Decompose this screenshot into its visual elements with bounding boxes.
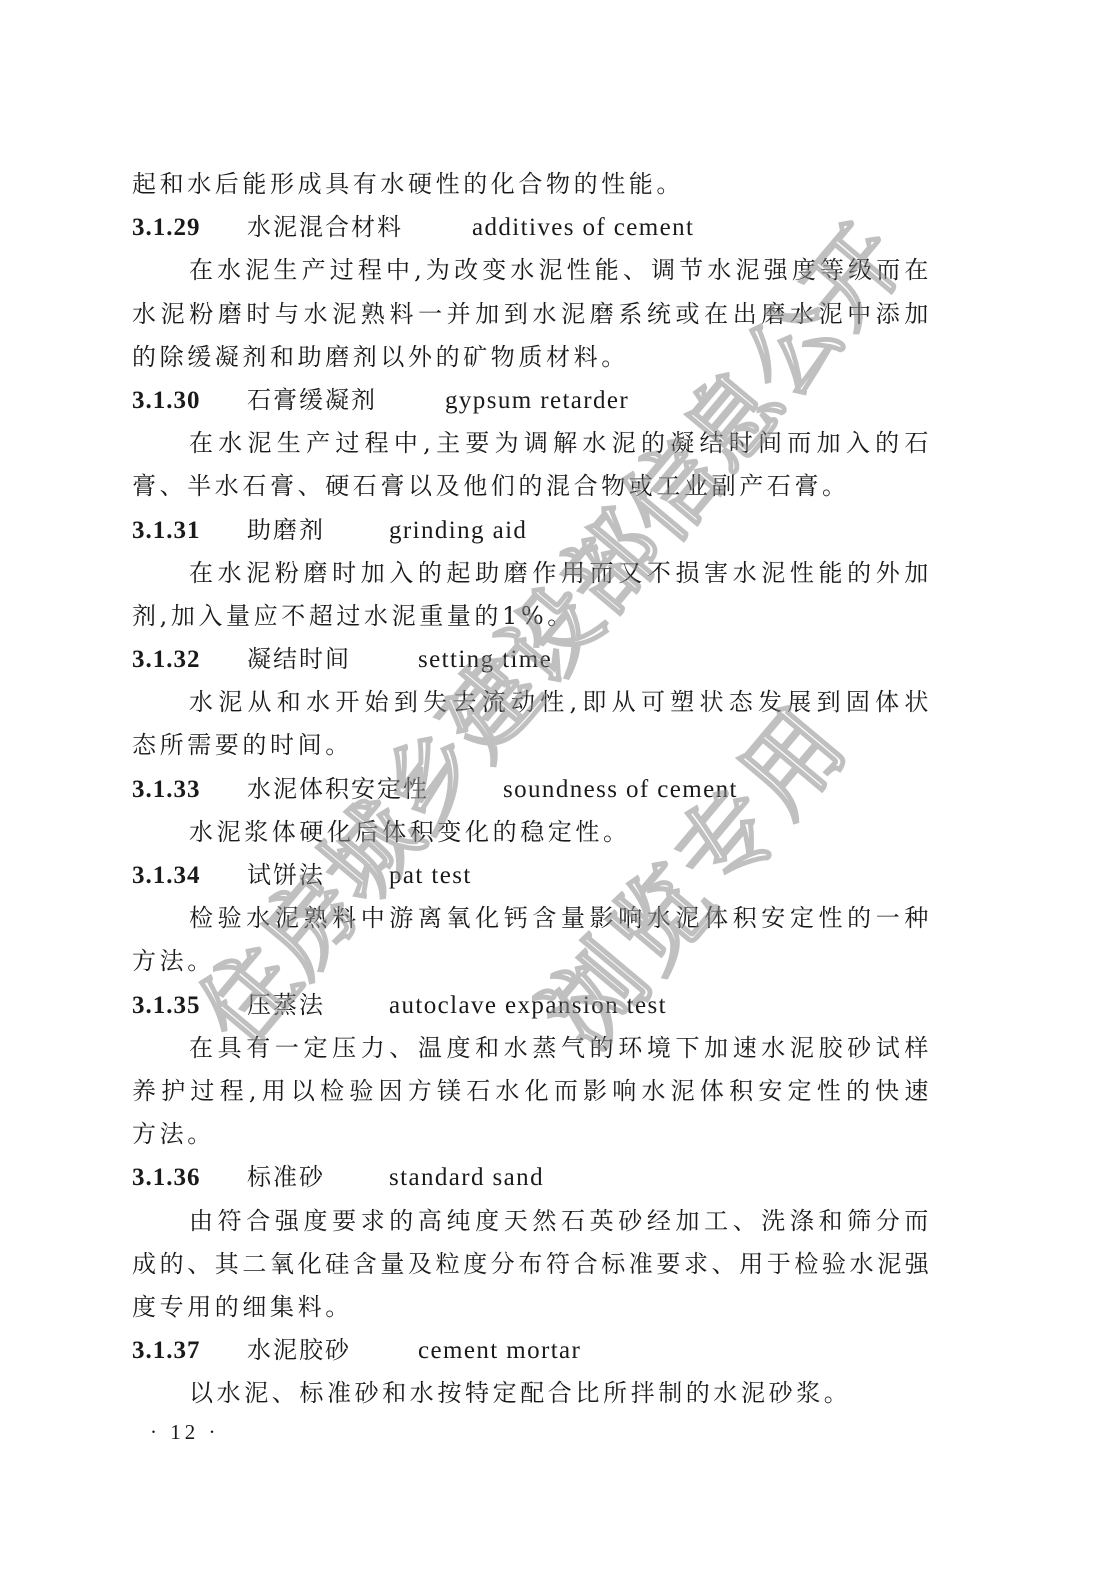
definition-line: 水泥从和水开始到失去流动性,即从可塑状态发展到固体状 [132, 681, 932, 724]
definition-line: 水泥粉磨时与水泥熟料一并加到水泥磨系统或在出磨水泥中添加 [132, 293, 932, 336]
term-chinese: 助磨剂 [247, 509, 389, 552]
definition-line: 膏、半水石膏、硬石膏以及他们的混合物或工业副产石膏。 [132, 465, 932, 508]
term-heading: 3.1.31助磨剂grinding aid [132, 509, 932, 552]
term-english: cement mortar [418, 1337, 581, 1364]
definition-line: 由符合强度要求的高纯度天然石英砂经加工、洗涤和筛分而 [132, 1200, 932, 1243]
term-heading: 3.1.33水泥体积安定性soundness of cement [132, 768, 932, 811]
term-chinese: 压蒸法 [247, 984, 389, 1027]
term-number: 3.1.32 [132, 638, 247, 681]
term-heading: 3.1.32凝结时间setting time [132, 638, 932, 681]
term-heading: 3.1.37水泥胶砂cement mortar [132, 1329, 932, 1372]
term-number: 3.1.35 [132, 984, 247, 1027]
definition-line: 成的、其二氧化硅含量及粒度分布符合标准要求、用于检验水泥强 [132, 1243, 932, 1286]
definition-line: 以水泥、标准砂和水按特定配合比所拌制的水泥砂浆。 [132, 1372, 932, 1415]
term-number: 3.1.31 [132, 509, 247, 552]
term-chinese: 水泥体积安定性 [247, 768, 503, 811]
definition-line: 在具有一定压力、温度和水蒸气的环境下加速水泥胶砂试样 [132, 1027, 932, 1070]
term-chinese: 标准砂 [247, 1156, 389, 1199]
term-english: grinding aid [389, 517, 527, 544]
term-number: 3.1.29 [132, 206, 247, 249]
definition-line: 的除缓凝剂和助磨剂以外的矿物质材料。 [132, 336, 932, 379]
term-chinese: 水泥混合材料 [247, 206, 472, 249]
document-page: 起和水后能形成具有水硬性的化合物的性能。 3.1.29水泥混合材料additiv… [132, 163, 932, 1415]
definition-line: 养护过程,用以检验因方镁石水化而影响水泥体积安定性的快速 [132, 1070, 932, 1113]
definition-line: 在水泥生产过程中,为改变水泥性能、调节水泥强度等级而在 [132, 249, 932, 292]
term-chinese: 试饼法 [247, 854, 389, 897]
definition-line: 在水泥粉磨时加入的起助磨作用而又不损害水泥性能的外加 [132, 552, 932, 595]
term-english: gypsum retarder [445, 387, 629, 414]
term-heading: 3.1.29水泥混合材料additives of cement [132, 206, 932, 249]
term-heading: 3.1.35压蒸法autoclave expansion test [132, 984, 932, 1027]
definition-line: 在水泥生产过程中,主要为调解水泥的凝结时间而加入的石 [132, 422, 932, 465]
term-english: standard sand [389, 1164, 544, 1191]
definition-line: 剂,加入量应不超过水泥重量的1%。 [132, 595, 932, 638]
definition-line: 水泥浆体硬化后体积变化的稳定性。 [132, 811, 932, 854]
page-number: · 12 · [150, 1420, 220, 1445]
definition-line: 检验水泥熟料中游离氧化钙含量影响水泥体积安定性的一种 [132, 897, 932, 940]
term-number: 3.1.36 [132, 1156, 247, 1199]
term-english: setting time [418, 646, 552, 673]
continuation-line: 起和水后能形成具有水硬性的化合物的性能。 [132, 163, 932, 206]
term-chinese: 水泥胶砂 [247, 1329, 418, 1372]
definition-line: 方法。 [132, 940, 932, 983]
term-number: 3.1.33 [132, 768, 247, 811]
term-chinese: 凝结时间 [247, 638, 418, 681]
definition-line: 方法。 [132, 1113, 932, 1156]
term-english: soundness of cement [503, 776, 738, 803]
term-heading: 3.1.30石膏缓凝剂gypsum retarder [132, 379, 932, 422]
term-english: additives of cement [472, 214, 694, 241]
term-number: 3.1.30 [132, 379, 247, 422]
definition-line: 态所需要的时间。 [132, 724, 932, 767]
term-number: 3.1.34 [132, 854, 247, 897]
term-number: 3.1.37 [132, 1329, 247, 1372]
term-english: pat test [389, 862, 472, 889]
term-english: autoclave expansion test [389, 992, 667, 1019]
term-heading: 3.1.34试饼法pat test [132, 854, 932, 897]
term-heading: 3.1.36标准砂standard sand [132, 1156, 932, 1199]
term-chinese: 石膏缓凝剂 [247, 379, 445, 422]
definition-line: 度专用的细集料。 [132, 1286, 932, 1329]
